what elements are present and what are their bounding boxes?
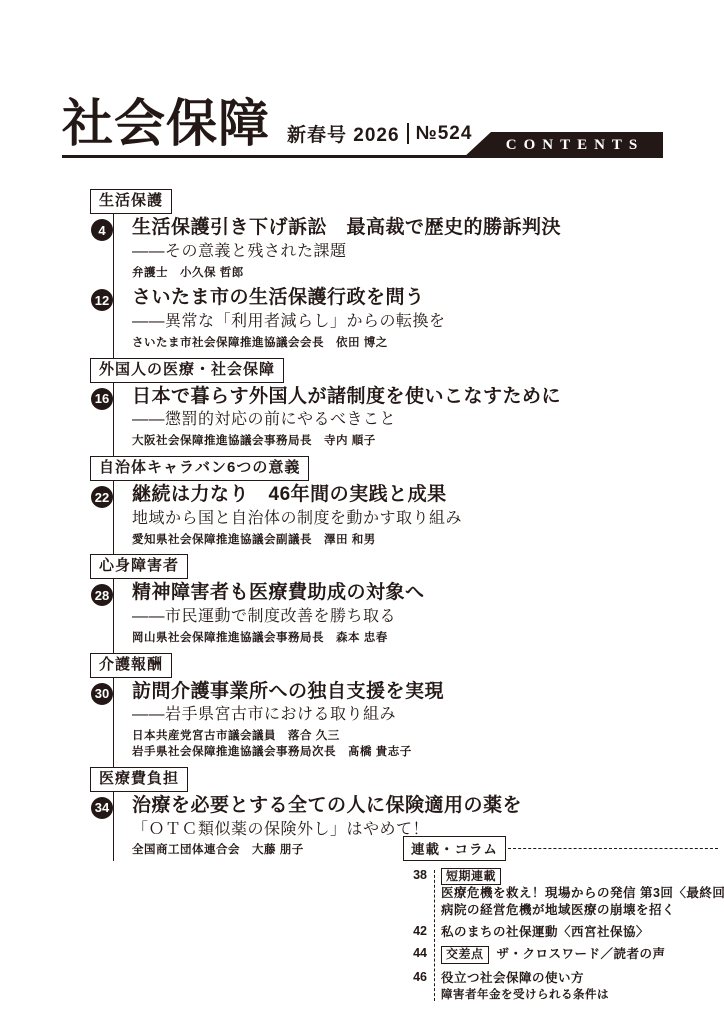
item-author: 大阪社会保障推進協議会事務局長 寺内 順子 <box>132 435 561 449</box>
item-content: さいたま市の生活保護行政を問う ——異常な「利用者減らし」からの転換を さいたま… <box>132 286 446 350</box>
item-subtitle: 地域から国と自治体の制度を動かす取り組み <box>132 509 462 530</box>
item-subtitle: ——異常な「利用者減らし」からの転換を <box>132 312 446 333</box>
item-title: 日本で暮らす外国人が諸制度を使いこなすために <box>132 385 561 409</box>
item-subtitle: ——岩手県宮古市における取り組み <box>132 705 444 726</box>
toc-item: 4 生活保護引き下げ訴訟 最高裁で歴史的勝訴判決 ——その意義と残された課題 弁… <box>90 216 665 280</box>
magazine-contents-page: 社会保障 新春号 2026 №524 CONTENTS 生活保護 4 生活保護引… <box>0 0 724 1024</box>
issue-label: 新春号 2026 <box>287 120 400 147</box>
serial-badge: 短期連載 <box>441 868 501 885</box>
toc-item: 22 継続は力なり 46年間の実践と成果 地域から国と自治体の制度を動かす取り組… <box>90 483 665 547</box>
section-label: 心身障害者 <box>90 554 188 579</box>
feature-list: 生活保護 4 生活保護引き下げ訴訟 最高裁で歴史的勝訴判決 ——その意義と残され… <box>90 189 665 865</box>
item-title: 治療を必要とする全ての人に保険適用の薬を <box>132 794 522 818</box>
page-number-badge: 4 <box>91 219 113 241</box>
page-number-badge: 28 <box>91 584 113 606</box>
item-content: 生活保護引き下げ訴訟 最高裁で歴史的勝訴判決 ——その意義と残された課題 弁護士… <box>132 216 561 280</box>
item-author: さいたま市社会保障推進協議会会長 依田 博之 <box>132 337 446 351</box>
serial-line: ザ・クロスワード／読者の声 <box>497 947 666 961</box>
page-number-badge: 22 <box>91 486 113 508</box>
serial-page-number: 44 <box>403 946 427 963</box>
item-title: 継続は力なり 46年間の実践と成果 <box>132 483 462 507</box>
item-title: 訪問介護事業所への独自支援を実現 <box>132 680 444 704</box>
serial-line: 私のまちの社保運動〈西宮社保協〉 <box>441 924 649 940</box>
section-jichitai-caravan: 自治体キャラバン6つの意義 22 継続は力なり 46年間の実践と成果 地域から国… <box>90 456 665 547</box>
header-row: 社会保障 新春号 2026 №524 CONTENTS <box>62 88 663 158</box>
serial-row: 42 私のまちの社保運動〈西宮社保協〉 <box>403 924 718 940</box>
issue-divider <box>407 123 409 144</box>
section-label: 医療費負担 <box>90 767 188 792</box>
contents-banner: CONTENTS <box>463 132 663 158</box>
serial-row: 44 交差点ザ・クロスワード／読者の声 <box>403 946 718 963</box>
item-author: 岩手県社会保障推進協議会事務局次長 髙橋 貴志子 <box>132 746 444 760</box>
issue-number: №524 <box>416 123 473 145</box>
serial-line: 医療危機を救え！現場からの発信 第3回〈最終回〉 <box>441 885 724 901</box>
issue-info: 新春号 2026 №524 <box>287 120 472 150</box>
item-title: さいたま市の生活保護行政を問う <box>132 286 446 310</box>
serial-text: 交差点ザ・クロスワード／読者の声 <box>441 946 666 963</box>
serial-text: 短期連載 医療危機を救え！現場からの発信 第3回〈最終回〉 病院の経営危機が地域… <box>441 868 724 918</box>
serial-text: 役立つ社会保障の使い方 障害者年金を受けられる条件は <box>441 970 609 1003</box>
item-author: 岡山県社会保障推進協議会事務局長 森本 忠春 <box>132 632 425 646</box>
item-author: 愛知県社会保障推進協議会副議長 澤田 和男 <box>132 534 462 548</box>
item-subtitle: ——その意義と残された課題 <box>132 242 561 263</box>
serial-row: 38 短期連載 医療危機を救え！現場からの発信 第3回〈最終回〉 病院の経営危機… <box>403 868 718 918</box>
serial-page-number: 42 <box>403 924 427 940</box>
dashed-vertical-rule <box>434 870 435 1001</box>
serial-line: 役立つ社会保障の使い方 <box>441 970 609 986</box>
serial-column: 連載・コラム 38 短期連載 医療危機を救え！現場からの発信 第3回〈最終回〉 … <box>403 836 718 1009</box>
serial-column-label: 連載・コラム <box>403 836 506 861</box>
toc-item: 12 さいたま市の生活保護行政を問う ——異常な「利用者減らし」からの転換を さ… <box>90 286 665 350</box>
toc-item: 28 精神障害者も医療費助成の対象へ ——市民運動で制度改善を勝ち取る 岡山県社… <box>90 581 665 645</box>
serial-page-number: 38 <box>403 868 427 918</box>
serial-page-number: 46 <box>403 970 427 1003</box>
serial-row: 46 役立つ社会保障の使い方 障害者年金を受けられる条件は <box>403 970 718 1003</box>
page-number-badge: 16 <box>91 388 113 410</box>
serial-column-header: 連載・コラム <box>403 836 718 861</box>
item-title: 精神障害者も医療費助成の対象へ <box>132 581 425 605</box>
section-gaikokujin-iryo: 外国人の医療・社会保障 16 日本で暮らす外国人が諸制度を使いこなすために ——… <box>90 358 665 449</box>
section-seikatsu-hogo: 生活保護 4 生活保護引き下げ訴訟 最高裁で歴史的勝訴判決 ——その意義と残され… <box>90 189 665 351</box>
toc-item: 16 日本で暮らす外国人が諸制度を使いこなすために ——懲罰的対応の前にやるべき… <box>90 385 665 449</box>
item-title: 生活保護引き下げ訴訟 最高裁で歴史的勝訴判決 <box>132 216 561 240</box>
item-author: 日本共産党宮古市議会議員 落合 久三 <box>132 730 444 744</box>
page-number-badge: 34 <box>91 797 113 819</box>
item-content: 日本で暮らす外国人が諸制度を使いこなすために ——懲罰的対応の前にやるべきこと … <box>132 385 561 449</box>
magazine-title: 社会保障 <box>62 98 270 150</box>
item-content: 精神障害者も医療費助成の対象へ ——市民運動で制度改善を勝ち取る 岡山県社会保障… <box>132 581 425 645</box>
page-number-badge: 12 <box>91 289 113 311</box>
section-shinshin-shogaisha: 心身障害者 28 精神障害者も医療費助成の対象へ ——市民運動で制度改善を勝ち取… <box>90 554 665 645</box>
serial-text: 私のまちの社保運動〈西宮社保協〉 <box>441 924 649 940</box>
section-label: 自治体キャラバン6つの意義 <box>90 456 309 481</box>
toc-item: 30 訪問介護事業所への独自支援を実現 ——岩手県宮古市における取り組み 日本共… <box>90 680 665 760</box>
serial-line: 障害者年金を受けられる条件は <box>441 988 609 1003</box>
serial-badge: 交差点 <box>441 946 489 963</box>
item-author: 弁護士 小久保 哲郎 <box>132 267 561 281</box>
item-content: 訪問介護事業所への独自支援を実現 ——岩手県宮古市における取り組み 日本共産党宮… <box>132 680 444 760</box>
item-subtitle: ——市民運動で制度改善を勝ち取る <box>132 607 425 628</box>
section-label: 外国人の医療・社会保障 <box>90 358 284 383</box>
header: 社会保障 新春号 2026 №524 CONTENTS <box>62 88 663 158</box>
serial-line: 病院の経営危機が地域医療の崩壊を招く <box>441 902 724 918</box>
section-label: 生活保護 <box>90 189 172 214</box>
section-label: 介護報酬 <box>90 653 172 678</box>
page-number-badge: 30 <box>91 683 113 705</box>
section-kaigo-hoshu: 介護報酬 30 訪問介護事業所への独自支援を実現 ——岩手県宮古市における取り組… <box>90 653 665 760</box>
serial-rows: 38 短期連載 医療危機を救え！現場からの発信 第3回〈最終回〉 病院の経営危機… <box>403 868 718 1003</box>
dashed-rule <box>508 848 718 849</box>
contents-label: CONTENTS <box>506 137 645 154</box>
item-content: 継続は力なり 46年間の実践と成果 地域から国と自治体の制度を動かす取り組み 愛… <box>132 483 462 547</box>
item-subtitle: ——懲罰的対応の前にやるべきこと <box>132 410 561 431</box>
